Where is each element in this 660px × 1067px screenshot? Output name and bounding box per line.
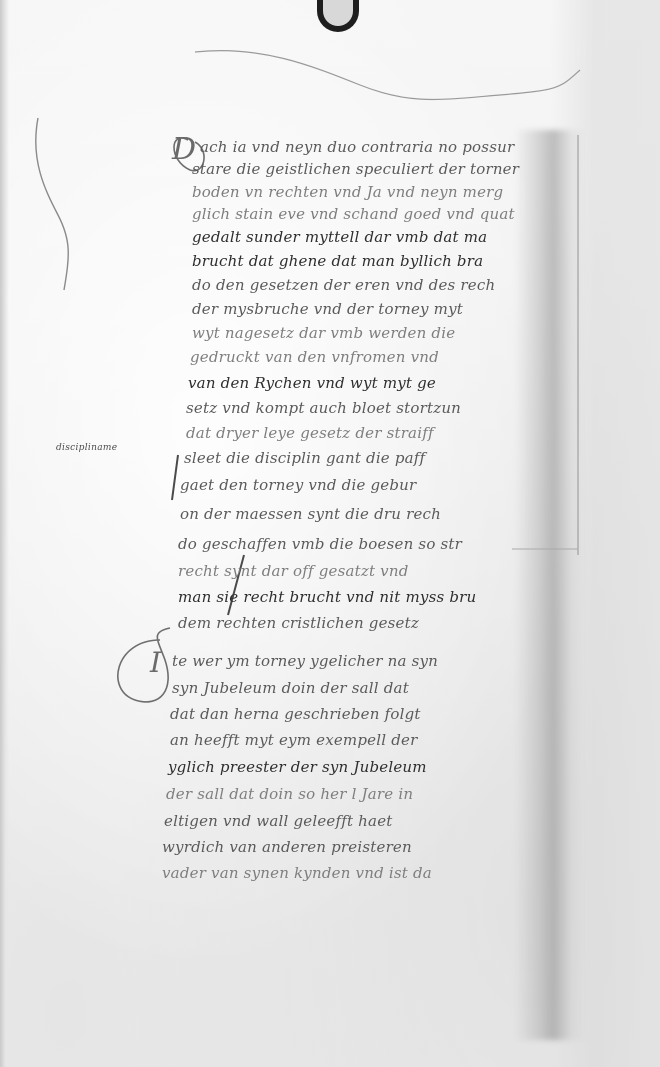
text-line: wyt nagesetz dar vmb werden die bbox=[192, 324, 455, 342]
text-line: te wer ym torney ygelicher na syn bbox=[172, 652, 438, 670]
text-line: an heefft myt eym exempell der bbox=[170, 731, 417, 749]
text-line: ach ia vnd neyn duo contraria no possur bbox=[200, 138, 514, 156]
text-line: on der maessen synt die dru rech bbox=[180, 505, 441, 523]
text-line: der sall dat doin so her l Jare in bbox=[166, 785, 413, 803]
paragraph-2-initial: I bbox=[150, 646, 161, 679]
text-line: boden vn rechten vnd Ja vnd neyn merg bbox=[192, 183, 503, 201]
text-line: vader van synen kynden vnd ist da bbox=[162, 864, 432, 882]
text-line: dat dryer leye gesetz der straiff bbox=[186, 424, 434, 442]
text-line: gaet den torney vnd die gebur bbox=[180, 476, 416, 494]
text-line: der mysbruche vnd der torney myt bbox=[192, 300, 463, 318]
text-line: stare die geistlichen speculiert der tor… bbox=[192, 160, 519, 178]
text-line: eltigen vnd wall geleefft haet bbox=[164, 812, 393, 830]
text-line: do geschaffen vmb die boesen so str bbox=[178, 535, 462, 553]
text-line: gedruckt van den vnfromen vnd bbox=[190, 348, 439, 366]
text-line: glich stain eve vnd schand goed vnd quat bbox=[192, 205, 515, 223]
text-line: sleet die disciplin gant die paff bbox=[184, 449, 425, 467]
text-line: dat dan herna geschrieben folgt bbox=[170, 705, 421, 723]
text-line: man sie recht brucht vnd nit myss bru bbox=[178, 588, 476, 606]
text-line: wyrdich van anderen preisteren bbox=[162, 838, 412, 856]
text-line: van den Rychen vnd wyt myt ge bbox=[188, 374, 436, 392]
manuscript-page: discipliname D ach ia vnd neyn duo contr… bbox=[0, 0, 660, 1067]
text-line: setz vnd kompt auch bloet stortzun bbox=[186, 399, 461, 417]
text-line: brucht dat ghene dat man byllich bra bbox=[192, 252, 483, 270]
manuscript-text: D ach ia vnd neyn duo contraria no possu… bbox=[0, 0, 660, 1067]
text-line: yglich preester der syn Jubeleum bbox=[168, 758, 427, 776]
text-line: syn Jubeleum doin der sall dat bbox=[172, 679, 409, 697]
text-line: recht synt dar off gesatzt vnd bbox=[178, 562, 409, 580]
text-line: gedalt sunder myttell dar vmb dat ma bbox=[192, 228, 487, 246]
text-line: dem rechten cristlichen gesetz bbox=[178, 614, 419, 632]
text-line: do den gesetzen der eren vnd des rech bbox=[192, 276, 495, 294]
